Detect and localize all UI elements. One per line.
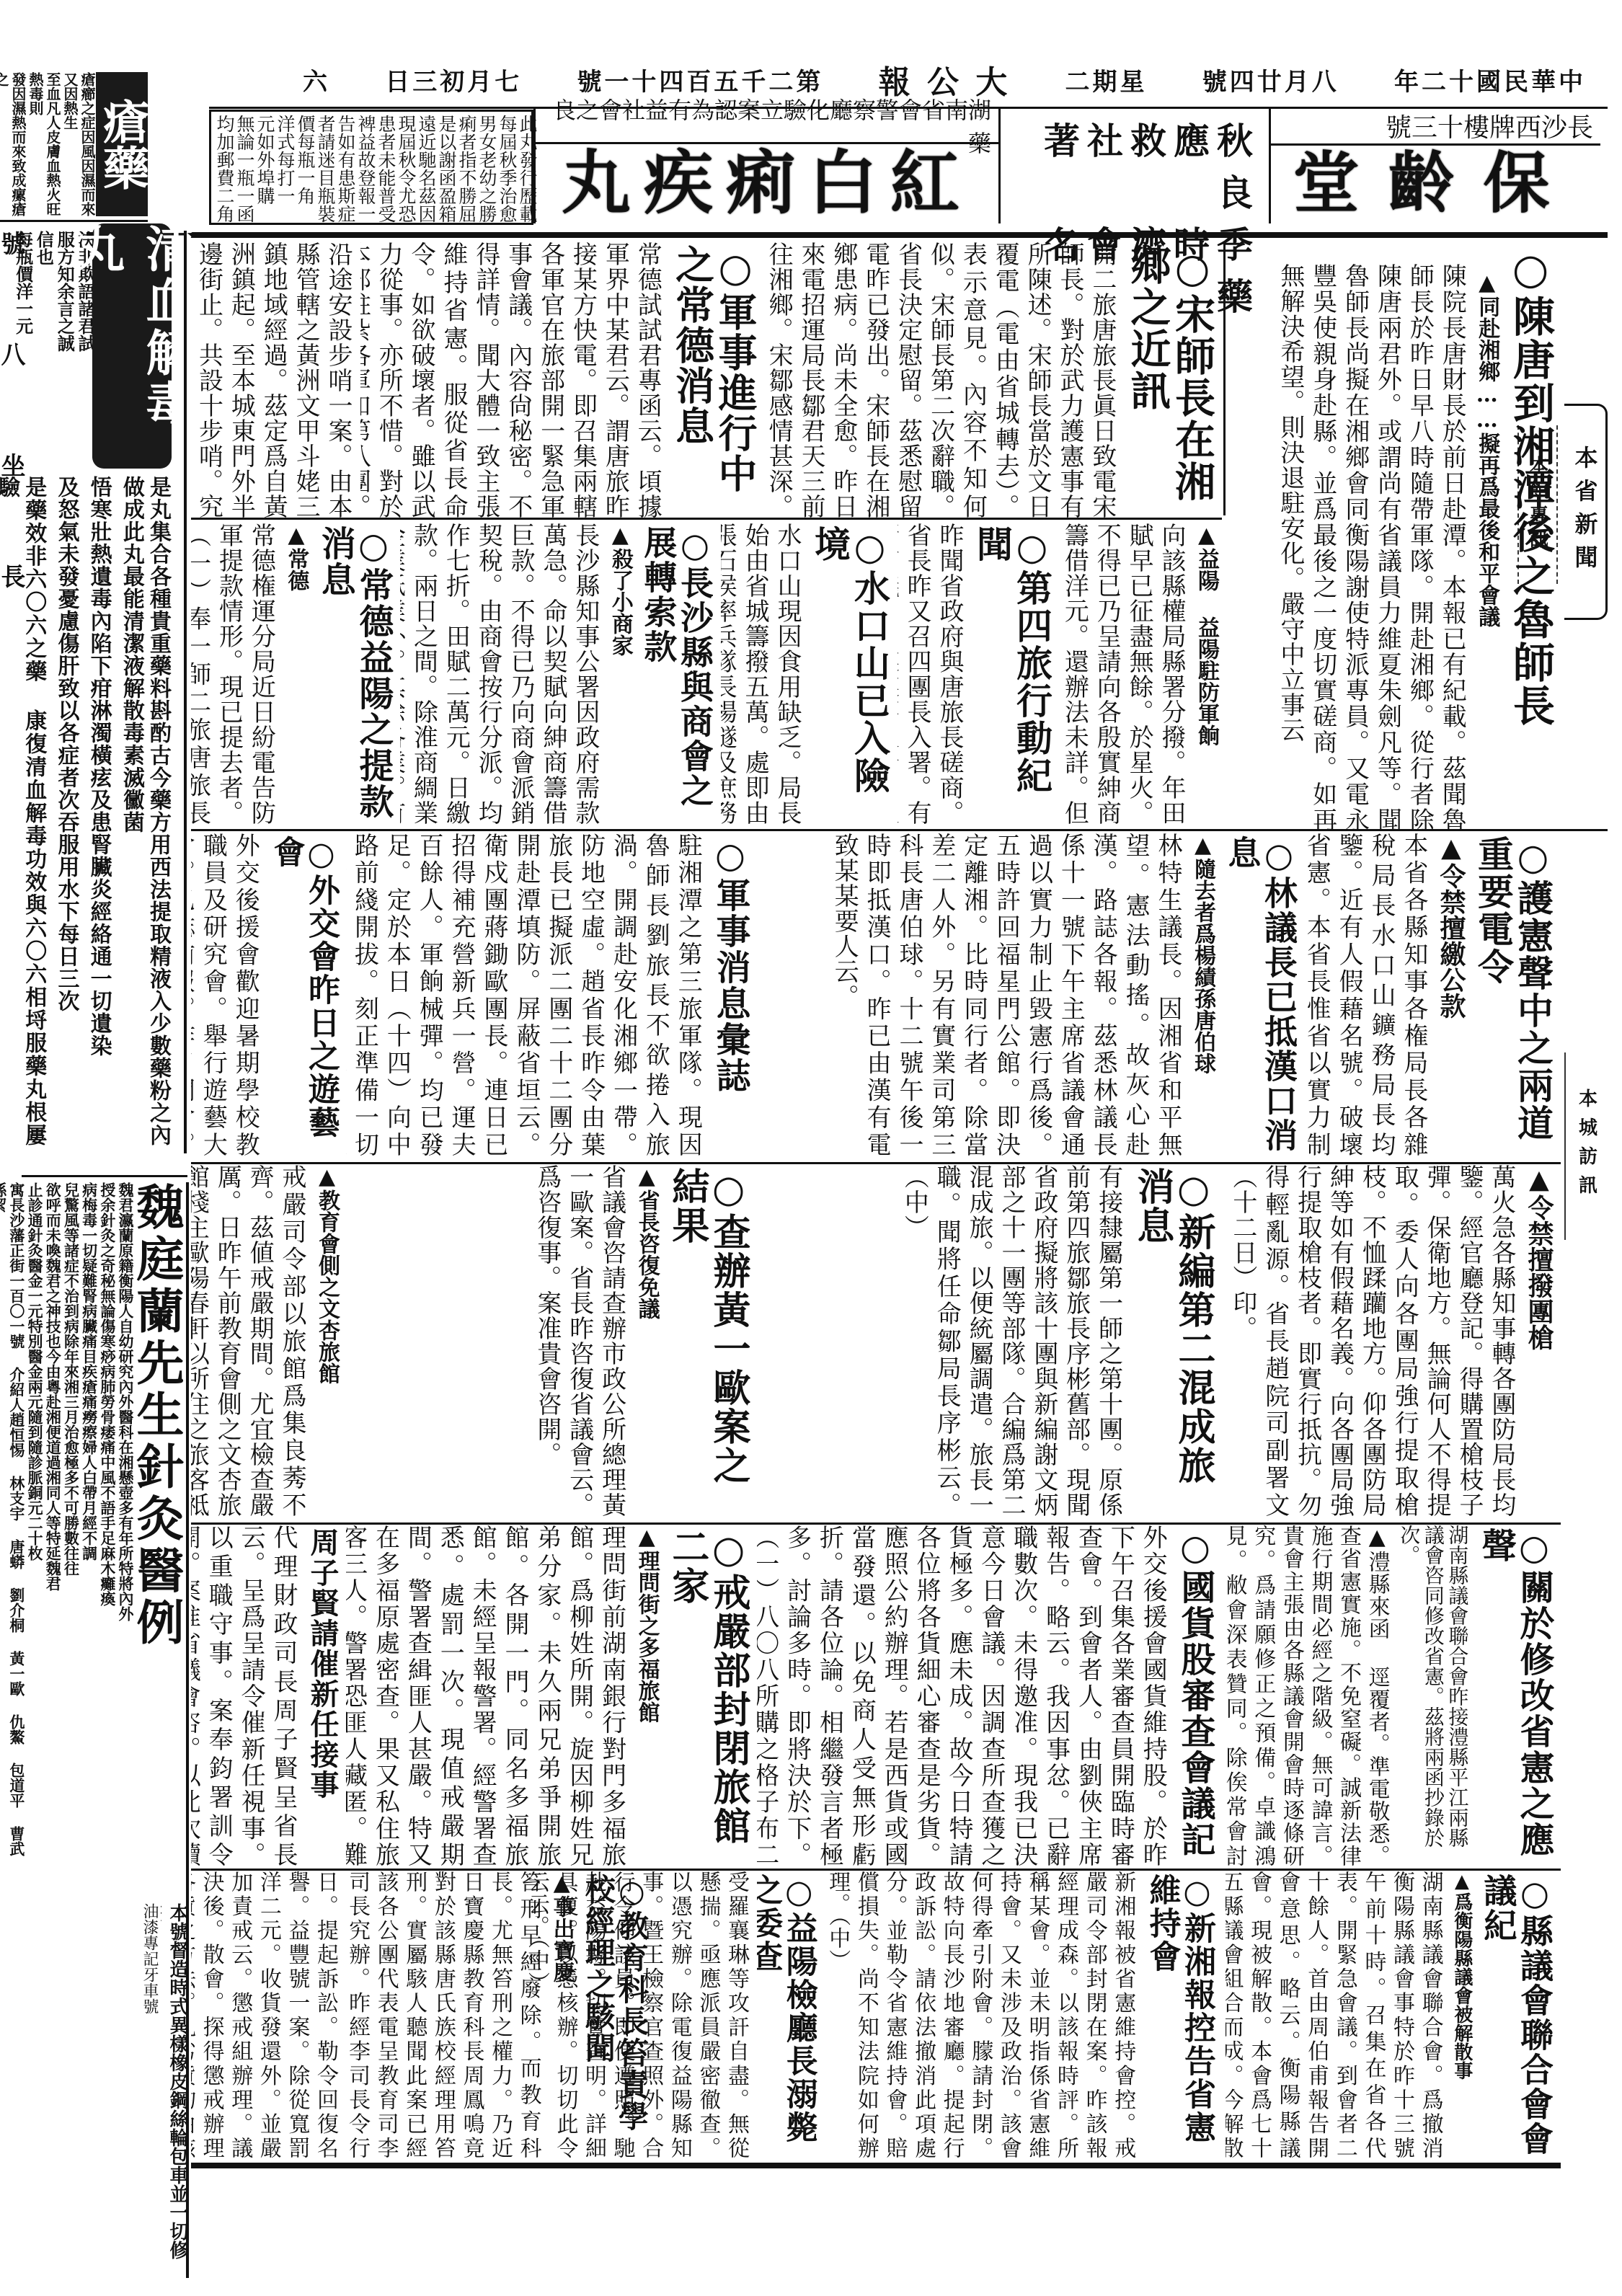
headline: ○常德益陽之提款消息 bbox=[311, 523, 396, 825]
subheadline: ▲理問街之多福旅館 bbox=[631, 1525, 662, 1867]
subheadline: 湖南縣議會聯合會昨接澧縣平江兩縣議會咨同修改省憲。茲將兩函抄錄於次。 bbox=[1394, 1525, 1473, 1867]
article-changde-military: ○軍事進行中之常德消息 常德試試君專函云。頃據軍界中某君云。謂唐旅昨接某方快電。… bbox=[360, 241, 761, 519]
article-jiaoyu-hotel: ▲教育會側之文杏旅館 戒嚴司令部以旅館爲集良莠不齊。茲値戒嚴期間。尤宜檢查嚴厲。… bbox=[191, 1164, 342, 1517]
headline: ○戒嚴部封閉旅館二家 bbox=[662, 1525, 753, 1867]
headline: ○宋師長在湘鄉之近訊 bbox=[1121, 241, 1218, 519]
article-education-chief-flogging: 受羅襄琳等攻訐自盡。無從懸揣。亟應派員嚴密徹查。以憑究辦。除電復益陽縣知事。暨王… bbox=[346, 1871, 753, 2159]
article-xin-xiang-bao: ○新湘報控告省憲維持會 新湘報被省憲維持會控。戒嚴司令部封閉在案。昨該報經理成森… bbox=[757, 1871, 1218, 2159]
article-cha-ban-huang: ○查辦黃一歐案之結果 ▲省長咨復免議 省議會咨請查辦市政公所總理黃一歐案。省長昨… bbox=[346, 1164, 753, 1517]
headline: ○新湘報控告省憲維持會 bbox=[1140, 1871, 1218, 2159]
headline: ○查辦黃一歐案之結果 bbox=[662, 1164, 753, 1517]
article-tang-lu-xiangtan: ○陳唐到湘潭後之魯師長 ▲同赴湘鄉……擬再爲最後和平會議 陳院長唐財長於前日赴潭… bbox=[1226, 241, 1557, 833]
article-body: 受羅襄琳等攻訐自盡。無從懸揣。亟應派員嚴密徹查。以憑究辦。除電復益陽縣知事。暨王… bbox=[652, 1871, 753, 2159]
ad-wei-title: 魏庭蘭先生針灸醫例 bbox=[135, 1182, 191, 1889]
ad-wei-acupuncture: 魏庭蘭先生針灸醫例 魏君瀛蘭原籍衡陽人自幼研究內外醫科在湘懸壺多有年所特將內外 … bbox=[29, 1182, 191, 1889]
article-lin-hankou: ○林議長已抵漢口消息 bbox=[1226, 833, 1301, 1157]
headline: ○陳唐到湘潭後之魯師長 bbox=[1502, 241, 1557, 833]
article-body: 本省各縣知事各権局長各雜稅局長水口山鑛務局長均鑒。近有人假藉名號。破壞省憲。本省… bbox=[1305, 833, 1432, 1157]
headline: ○水口山已入險境 bbox=[806, 523, 894, 825]
article-body: 陳院長唐財長於前日赴潭。本報已有紀載。茲聞魯師長於昨日早八時隨帶軍隊。開赴湘鄉。… bbox=[1226, 241, 1471, 833]
headline: ○林議長已抵漢口消息 bbox=[1226, 833, 1301, 1157]
masthead-lunar-date: 七月初三日 bbox=[385, 62, 522, 97]
subheadline: ▲令禁擅繳公款 bbox=[1432, 833, 1469, 1157]
article-body: ▲澧縣來函 逕覆者。準電敬悉。查省憲實施。不免窒礙。誠新法律施行期間必經之階級。… bbox=[1226, 1525, 1394, 1867]
article-body: 駐湘潭之第三旅軍隊。現因魯師長劉旅長不欲捲入旅渦。開調赴安化湘鄉一帶。防地空虛。… bbox=[346, 833, 706, 1157]
masthead-week: 八月廿四號 bbox=[1202, 62, 1339, 97]
headline: ○益陽檢廳長溺斃之委查 bbox=[757, 1871, 820, 2159]
article-changde-yiyang-tiqu: ○常德益陽之提款消息 ▲常德 常德権運分局近日紛電告防軍提款情形。現已提去者。（… bbox=[191, 523, 396, 825]
ad-hongbai-name: 紅白痢疾丸 bbox=[536, 144, 998, 222]
subheadline: ▲同赴湘鄉……擬再爲最後和平會議 bbox=[1471, 241, 1502, 833]
article-hu-xian-orders: ○護憲聲中之兩道重要電令 ▲令禁擅繳公款 本省各縣知事各権局長各雜稅局長水口山鑛… bbox=[1305, 833, 1557, 1157]
article-body: 湖南縣議會聯合會。爲撤消衡陽縣議會事特於昨十三號午前十時。召集在省各代表。開緊急… bbox=[1226, 1871, 1448, 2159]
article-xinbian-brigade: ○新編第二混成旅消息 有接隸屬第一師之第十團。原係前第四旅鄒旅長序彬舊部。現聞省… bbox=[757, 1164, 1218, 1517]
headline: ○長沙縣與商會之展轉索款 bbox=[636, 523, 717, 825]
article-body: 代理財政司長周子賢呈省長云。呈爲呈請令催新任視事。以重職守事。案奉鈞署訓令開。案… bbox=[191, 1525, 302, 1867]
ad-sore-medicine: 瘡藥 瘡癤之症因風因濕而來又因熱生至血凡人皮膚血熱火旺熱毒則發因濕熱而來致成瘰瘡… bbox=[0, 72, 148, 223]
article-military-news-digest: ○軍事消息彙誌 駐湘潭之第三旅軍隊。現因魯師長劉旅長不欲捲入旅渦。開調赴安化湘鄉… bbox=[346, 833, 753, 1157]
article-zhou-zixian: 周子賢請催新任接事 代理財政司長周子賢呈省長云。呈爲呈請令催新任視事。以重職守事… bbox=[191, 1525, 342, 1867]
row-rule bbox=[191, 829, 1608, 831]
article-body: 水口山現因食用缺乏。局長始由省城籌撥五萬。處即由張石侯率兵隊長楊隧及庶務某收支等… bbox=[721, 523, 806, 825]
article-body: 沿途安設步哨一案。由本縣管轄之黃洲文甲斗姥三鎮地域經過。茲定爲自黃洲鎮起。至本城… bbox=[191, 241, 357, 519]
article-body: 長沙縣知事公署因政府需款萬急。命以契賦向紳商籌借巨款。不得已乃向商會派銷契稅。由… bbox=[400, 523, 604, 825]
left-column-divider bbox=[186, 1182, 189, 2278]
subheadline: ▲教育會側之文杏旅館 bbox=[311, 1164, 342, 1517]
ad-qiuying-line1: 秋應救社著良 bbox=[1009, 112, 1260, 216]
subheadline: ▲省長咨復免議 bbox=[631, 1164, 662, 1517]
article-body: 開二旅唐旅長眞日致電宋師長。對於武力護憲事有所陳述。宋師長當於文日覆電（電由省城… bbox=[764, 241, 1121, 519]
article-xiu-gai-xian: ○關於修改省憲之應聲 湖南縣議會聯合會昨接澧縣平江兩縣議會咨同修改省憲。茲將兩函… bbox=[1226, 1525, 1557, 1867]
article-body: 外交後援會歡迎暑期學校教職員及研究會。舉行遊藝大會。己誌前報。昨日開會。首由李濟… bbox=[191, 833, 264, 1157]
ad-baoling-tang: 長沙西牌樓十三號 保齡堂 bbox=[1269, 108, 1600, 223]
ad-baoling-address: 長沙西牌樓十三號 bbox=[1271, 108, 1600, 146]
article-body: 昨聞省政府與唐旅長磋商。省長昨又召四團長入署。有所商議。召某某要人云。又省議會秘… bbox=[898, 523, 968, 825]
article-jie-yan-hotels: ○戒嚴部封閉旅館二家 ▲理問街之多福旅館 理問街前湖南銀行對門多福旅館。爲柳姓所… bbox=[346, 1525, 753, 1867]
masthead-weekday: 星期二 bbox=[1065, 62, 1148, 97]
left-ad-divider bbox=[184, 231, 187, 1153]
article-body: 日。提起訴訟。勒令回復名譽。益豐號一案。除從寬罰洋二元。收貨發還外。並嚴加責戒云… bbox=[191, 1871, 342, 2159]
article-body: 理問街前湖南銀行對門多福旅館。爲柳姓所開。旋因柳姓兄弟分家。未久兩兄弟爭開旅館。… bbox=[346, 1525, 631, 1867]
article-body: 常德権運分局近日紛電告防軍提款情形。現已提去者。（一）奉一師二旅唐旅長令。以該旅… bbox=[191, 523, 280, 825]
article-guohuo-tail: 日。提起訴訟。勒令回復名譽。益豐號一案。除從寬罰洋二元。收貨發還外。並嚴加責戒云… bbox=[191, 1871, 342, 2159]
article-song-xiangxiang: ○宋師長在湘鄉之近訊 開二旅唐旅長眞日致電宋師長。對於武力護憲事有所陳述。宋師長… bbox=[764, 241, 1218, 519]
headline: ○軍事消息彙誌 bbox=[706, 833, 753, 1157]
article-body: 向該縣權局縣署分撥。年田賦早已征盡無餘。於星火。不得已乃呈請向各殷實紳商籌借洋元… bbox=[1060, 523, 1190, 825]
ad-detox-title: 清血解毒丸 bbox=[92, 223, 172, 469]
article-body: 笞刑早經廢除。而教育科長。尤無笞刑之權力。乃近日寶慶縣教育科長周鳳鳴竟對於該縣唐… bbox=[346, 1871, 546, 2159]
ad-detox-body: 是丸集合各種貴重藥料斟酌古今藥方用西法提取精液入少數藥粉之內做成此丸最能清潔液解… bbox=[30, 476, 174, 1146]
subheadline: ▲隨去者爲楊績孫唐伯球 bbox=[1187, 833, 1218, 1157]
subheadline: ▲常德 bbox=[280, 523, 311, 825]
article-body: 戒嚴司令部以旅館爲集良莠不齊。茲値戒嚴期間。尤宜檢查嚴厲。日昨午前教育會側之文杏… bbox=[191, 1164, 311, 1517]
article-shuikoushan: ○水口山已入險境 水口山現因食用缺乏。局長始由省城籌撥五萬。處即由張石侯率兵隊長… bbox=[721, 523, 894, 825]
ad-hongbai-header: 湖南省會警察廳化驗立案認為有益社會之良藥 bbox=[536, 108, 998, 144]
article-lin-body: ▲隨去者爲楊績孫唐伯球 林特生議長。因湘省和平無望。憲法動搖。故灰心赴漢。路誌各… bbox=[757, 833, 1218, 1157]
subheadline: ▲殺了小商家 bbox=[604, 523, 636, 825]
left-strip-rule bbox=[0, 220, 148, 222]
article-body: 萬火急各縣知事轉各團防局長均鑒。經官廳登記。得購置槍枝子彈。保衛地方。無論何人不… bbox=[1226, 1164, 1520, 1517]
row-rule bbox=[191, 518, 1222, 520]
section-label-city-visit: 本城訪訊 bbox=[1564, 1052, 1608, 1240]
left-ad-bottom-rule bbox=[22, 1175, 187, 1177]
headline: ○軍事進行中之常德消息 bbox=[666, 241, 761, 519]
article-body: 省議會咨請查辦市政公所總理黃一歐案。省長昨咨復省議會云。爲咨復事。案准貴會咨開。 bbox=[346, 1164, 631, 1517]
column-divider bbox=[1223, 241, 1226, 515]
article-body: 外交後援會國貨維持股。於昨下午召集各業審查員開臨時審查會。到會者人。由劉俠主席報… bbox=[757, 1525, 1171, 1867]
headline: 周子賢請催新任接事 bbox=[302, 1525, 342, 1867]
top-ads-bottom-rule bbox=[87, 232, 1608, 238]
subheadline: ▲令禁擅撥團槍 bbox=[1520, 1164, 1557, 1517]
ad-sore-medicine-text: 瘡癤之症因風因濕而來又因熱生至血凡人皮膚血熱火旺熱毒則發因濕熱而來致成瘰瘡之痛不… bbox=[0, 72, 96, 216]
article-changsha-county-chamber: ○長沙縣與商會之展轉索款 ▲殺了小商家 長沙縣知事公署因政府需款萬急。命以契賦向… bbox=[400, 523, 717, 825]
article-fourth-brigade: ○第四旅行動紀聞 昨聞省政府與唐旅長磋商。省長昨又召四團長入署。有所商議。召某某… bbox=[898, 523, 1056, 825]
ad-qiuying-society: 秋應救社著良 季時濟會名藥 bbox=[998, 108, 1269, 223]
headline: ○新編第二混成旅消息 bbox=[1127, 1164, 1218, 1517]
article-county-council-union: ○縣議會聯合會會議紀 ▲爲衡陽縣議會被解散事 湖南縣議會聯合會。爲撤消衡陽縣議會… bbox=[1226, 1871, 1557, 2159]
article-waijiao-youyi: ○外交會昨日之遊藝會 外交後援會歡迎暑期學校教職員及研究會。舉行遊藝大會。己誌前… bbox=[191, 833, 342, 1157]
masthead-republic-date: 中華民國十二年 bbox=[1394, 62, 1586, 97]
article-guohuo-review: ○國貨股審查會議記 外交後援會國貨維持股。於昨下午召集各業審查員開臨時審查會。到… bbox=[757, 1525, 1218, 1867]
ad-sore-medicine-title: 瘡藥 bbox=[96, 72, 148, 216]
page-bottom-rule bbox=[191, 2163, 1561, 2168]
headline: ○關於修改省憲之應聲 bbox=[1472, 1525, 1557, 1867]
ad-hongbai-description: 此丸發行歷載每屆秋季治愈男女老幼之勝痢者指不勝屈是以謝函盈箱遠近馳名茲因現屆秋令… bbox=[209, 110, 533, 225]
masthead-page-number: 六 bbox=[303, 62, 330, 97]
headline: ○護憲聲中之兩道重要電令 bbox=[1469, 833, 1557, 1157]
article-body: 有接隸屬第一師之第十團。原係前第四旅鄒旅長序彬舊部。現聞省政府擬將該十團與新編謝… bbox=[757, 1164, 1127, 1517]
ad-baoling-name: 保齡堂 bbox=[1271, 146, 1600, 221]
headline: ○外交會昨日之遊藝會 bbox=[264, 833, 342, 1157]
ad-rickshaw-sub: 油漆專記牙車號 bbox=[139, 1903, 161, 2271]
article-body: 林特生議長。因湘省和平無望。憲法動搖。故灰心赴漢。路誌各報。茲悉林議長係十一號下… bbox=[757, 833, 1187, 1157]
ad-hongbai-pills: 湖南省會警察廳化驗立案認為有益社會之良藥 紅白痢疾丸 bbox=[533, 108, 998, 223]
headline: ○國貨股審查會議記 bbox=[1171, 1525, 1218, 1867]
headline: ○縣議會聯合會會議紀 bbox=[1476, 1871, 1557, 2159]
article-body: 新湘報被省憲維持會控。戒嚴司令部封閉在案。昨該報經理成森。以該報時評。所稱某會。… bbox=[820, 1871, 1140, 2159]
article-hu-xian-guns: ▲令禁擅撥團槍 萬火急各縣知事轉各團防局長均鑒。經官廳登記。得購置槍枝子彈。保衛… bbox=[1226, 1164, 1557, 1517]
headline: ○第四旅行動紀聞 bbox=[968, 523, 1056, 825]
section-label-province-news: 本省新聞 bbox=[1564, 404, 1608, 620]
subheadline: ▲爲衡陽縣議會被解散事 bbox=[1448, 1871, 1476, 2159]
article-body: 常德試試君專函云。頃據軍界中某君云。謂唐旅昨接某方快電。即召集兩轄各軍官在旅部開… bbox=[360, 241, 666, 519]
article-yiyang-funding: ▲益陽 益陽駐防軍餉 向該縣權局縣署分撥。年田賦早已征盡無餘。於星火。不得已乃呈… bbox=[1060, 523, 1222, 825]
article-changde-tiqu-top: 沿途安設步哨一案。由本縣管轄之黃洲文甲斗姥三鎮地域經過。茲定爲自黃洲鎮起。至本城… bbox=[191, 241, 357, 519]
ad-rickshaw-shop: 本號督造時式異樣橡皮鋼絲輪包車並一切修整 油漆專記牙車號 bbox=[22, 1903, 191, 2271]
subheadline: ▲益陽 益陽駐防軍餉 bbox=[1190, 523, 1222, 825]
